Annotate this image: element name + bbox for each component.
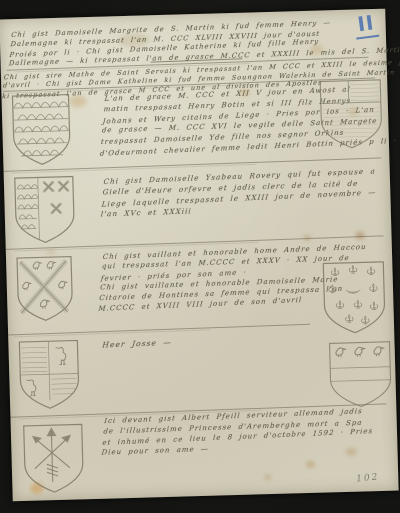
shield-canton-barry: [317, 77, 385, 153]
page-number: 102: [356, 472, 380, 484]
manuscript-line: Heer Josse —: [102, 334, 253, 351]
manuscript-page: II Chi gist Damoiselle Margrite de S. Ma…: [0, 9, 399, 502]
shield-crossed-arrows: [21, 421, 87, 497]
shield-vair-saltire-crosses: [12, 173, 78, 247]
shield-vair: [9, 91, 73, 169]
epitaph-entry-pfeill: Ici devant gist Albert Pfeill serviteur …: [101, 406, 375, 459]
shield-ducks-bars: [326, 339, 394, 413]
shield-saltire-martlets: [14, 253, 76, 325]
epitaph-entry-rovery: Chi gist Damoiselle Ysabeau Rovery qui f…: [100, 166, 354, 220]
scanned-manuscript-photo: II Chi gist Damoiselle Margrite de S. Ma…: [0, 0, 400, 513]
shield-fleurs-crescent: [320, 259, 388, 339]
divider-line: [8, 324, 310, 336]
stain: [264, 474, 271, 480]
shield-quarterly-barry-cranes: [16, 337, 82, 413]
stain: [306, 461, 315, 468]
epitaph-entry-josse: Heer Josse —: [102, 334, 253, 351]
